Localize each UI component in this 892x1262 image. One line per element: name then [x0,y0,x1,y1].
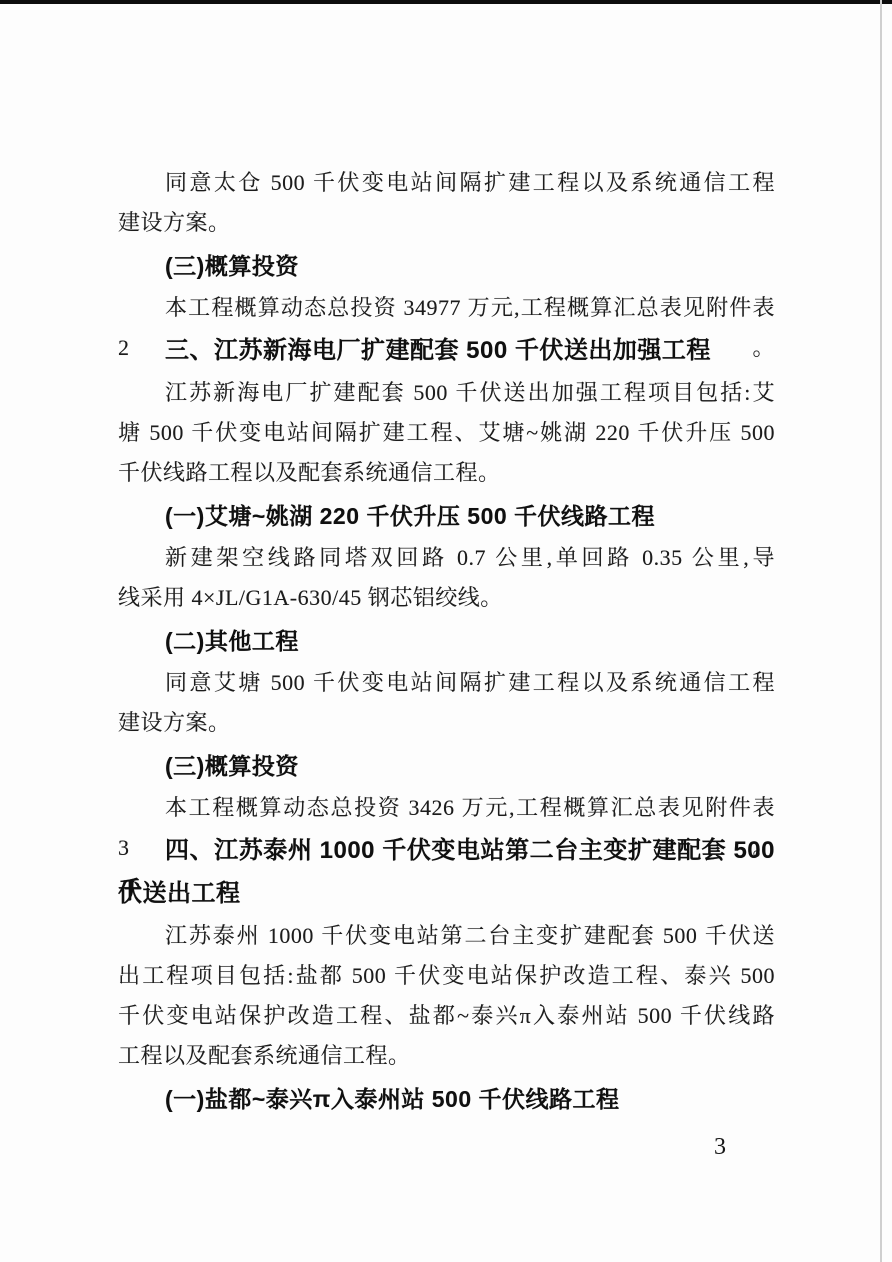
body-line: 建设方案。 [118,703,775,743]
subsection-heading: (一)盐都~泰兴π入泰州站 500 千伏线路工程 [118,1079,775,1119]
body-line: 建设方案。 [118,203,775,243]
section-heading: 四、江苏泰州 1000 千伏变电站第二台主变扩建配套 500 千 [118,831,775,871]
body-line: 同意太仓 500 千伏变电站间隔扩建工程以及系统通信工程 [118,163,775,203]
section-heading: 伏送出工程 [118,874,775,914]
body-line: 江苏泰州 1000 千伏变电站第二台主变扩建配套 500 千伏送 [118,916,775,956]
body-line: 工程以及配套系统通信工程。 [118,1036,775,1076]
subsection-heading: (二)其他工程 [118,621,775,661]
body-line: 江苏新海电厂扩建配套 500 千伏送出加强工程项目包括:艾 [118,373,775,413]
subsection-heading: (三)概算投资 [118,246,775,286]
subsection-heading: (三)概算投资 [118,746,775,786]
body-line: 新建架空线路同塔双回路 0.7 公里,单回路 0.35 公里,导 [118,538,775,578]
body-line: 本工程概算动态总投资 34977 万元,工程概算汇总表见附件表 2。 [118,288,775,328]
scan-right-edge [880,0,882,1262]
body-line: 千伏变电站保护改造工程、盐都~泰兴π入泰州站 500 千伏线路 [118,996,775,1036]
subsection-heading: (一)艾塘~姚湖 220 千伏升压 500 千伏线路工程 [118,496,775,536]
body-line: 千伏线路工程以及配套系统通信工程。 [118,453,775,493]
document-body: 同意太仓 500 千伏变电站间隔扩建工程以及系统通信工程 建设方案。 (三)概算… [118,163,775,1167]
body-line: 本工程概算动态总投资 3426 万元,工程概算汇总表见附件表 3。 [118,788,775,828]
scan-top-edge [0,0,892,4]
body-line: 出工程项目包括:盐都 500 千伏变电站保护改造工程、泰兴 500 [118,956,775,996]
body-line: 塘 500 千伏变电站间隔扩建工程、艾塘~姚湖 220 千伏升压 500 [118,413,775,453]
section-heading: 三、江苏新海电厂扩建配套 500 千伏送出加强工程 [118,331,775,371]
document-page: 同意太仓 500 千伏变电站间隔扩建工程以及系统通信工程 建设方案。 (三)概算… [0,0,892,1262]
body-line: 同意艾塘 500 千伏变电站间隔扩建工程以及系统通信工程 [118,663,775,703]
page-number: 3 [118,1127,775,1167]
body-line: 线采用 4×JL/G1A-630/45 钢芯铝绞线。 [118,578,775,618]
